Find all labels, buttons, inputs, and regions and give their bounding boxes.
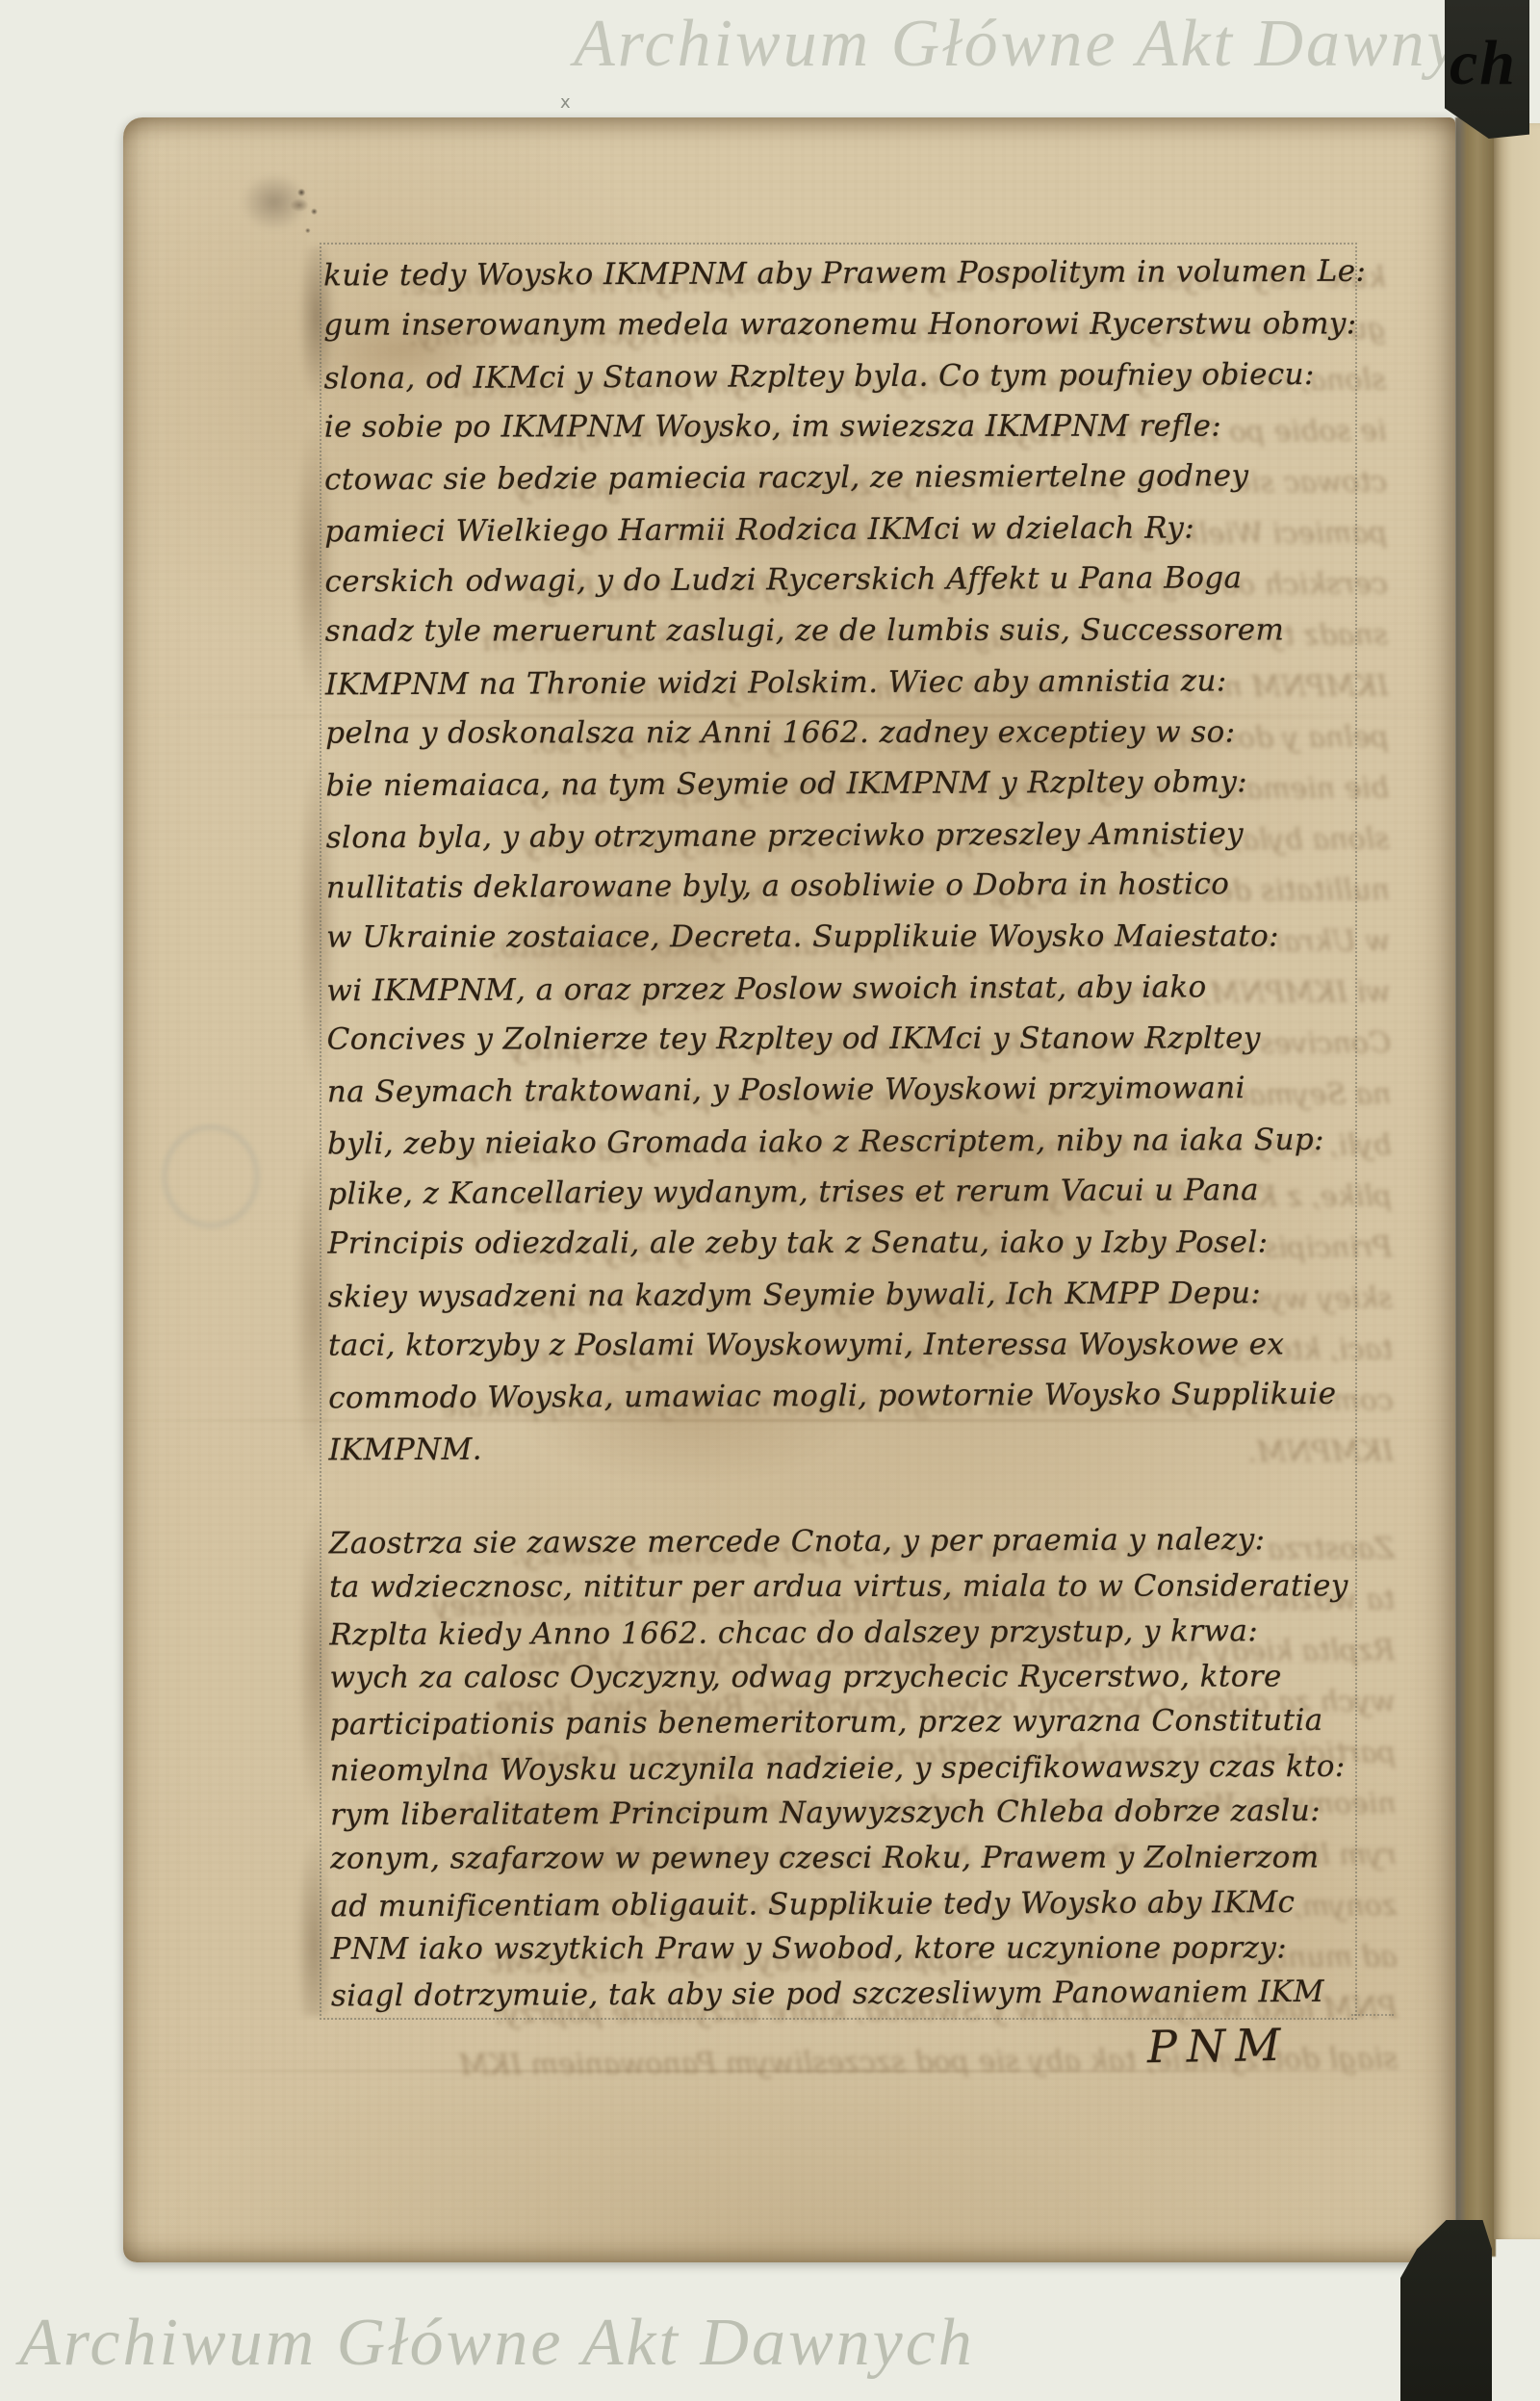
manuscript-line: slona byla, y aby otrzymane przeciwko pr… <box>326 809 1395 865</box>
manuscript-line: nieomylna Woysku uczynila nadzieie, y sp… <box>330 1744 1399 1794</box>
manuscript-line: slona, od IKMci y Stanow Rzpltey byla. C… <box>323 349 1392 405</box>
manuscript-line: gum inserowanym medela wrazonemu Honorow… <box>323 298 1392 350</box>
manuscript-line: pelna y doskonalsza niz Anni 1662. zadne… <box>325 707 1394 759</box>
manuscript-line: wi IKMPNM, a oraz przez Poslow swoich in… <box>326 962 1395 1018</box>
manuscript-line: wych za calosc Oyczyzny, odwag przycheci… <box>329 1654 1398 1700</box>
manuscript-line: cerskich odwagi, y do Ludzi Rycerskich A… <box>324 553 1393 608</box>
manuscript-line: Concives y Zolnierze tey Rzpltey od IKMc… <box>327 1013 1396 1065</box>
archive-scan: Archiwum Główne Akt Dawnych Archiwum Głó… <box>0 0 1540 2401</box>
paragraph-gap <box>329 1471 1398 1522</box>
manuscript-text: kuie tedy Woysko IKMPNM aby Prawem Pospo… <box>323 246 1399 2020</box>
manuscript-line: bie niemaiaca, na tym Seymie od IKMPNM y… <box>325 757 1394 813</box>
manuscript-paragraph-1: kuie tedy Woysko IKMPNM aby Prawem Pospo… <box>323 246 1398 1476</box>
manuscript-line: participationis panis benemeritorum, prz… <box>330 1698 1399 1748</box>
book-gutter-shadow <box>1455 117 1496 2257</box>
manuscript-line: ctowac sie bedzie pamiecia raczyl, ze ni… <box>324 451 1393 506</box>
manuscript-line: siagl dotrzymuie, tak aby sie pod szczes… <box>331 1970 1399 2020</box>
manuscript-line: Principis odiezdzali, ale zeby tak z Sen… <box>327 1217 1396 1269</box>
manuscript-paragraph-2: Zaostrza sie zawsze mercede Cnota, y per… <box>329 1517 1399 2020</box>
manuscript-line: byli, zeby nieiako Gromada iako z Rescri… <box>327 1115 1396 1171</box>
manuscript-line: nullitatis deklarowane byly, a osobliwie… <box>326 859 1395 915</box>
manuscript-line: PNM iako wszytkich Praw y Swobod, ktore … <box>331 1925 1399 1972</box>
manuscript-line: kuie tedy Woysko IKMPNM aby Prawem Pospo… <box>323 246 1392 302</box>
manuscript-line: rym liberalitatem Principum Naywyzszych … <box>330 1789 1399 1839</box>
manuscript-line: IKMPNM. <box>328 1421 1397 1477</box>
manuscript-line: ad munificentiam obligauit. Supplikuie t… <box>330 1880 1399 1930</box>
manuscript-line: IKMPNM na Thronie widzi Polskim. Wiec ab… <box>325 656 1394 711</box>
manuscript-line: plike, z Kancellariey wydanym, trises et… <box>327 1165 1396 1221</box>
next-page-edge <box>1494 123 1540 2239</box>
manuscript-line: Rzplta kiedy Anno 1662. chcac do dalszey… <box>329 1609 1398 1659</box>
manuscript-line: na Seymach traktowani, y Poslowie Woysko… <box>327 1063 1396 1119</box>
manuscript-line: taci, ktorzyby z Poslami Woyskowymi, Int… <box>328 1319 1397 1371</box>
ink-spots <box>289 183 331 246</box>
manuscript-line: ie sobie po IKMPNM Woysko, im swiezsza I… <box>324 400 1393 452</box>
manuscript-line: snadz tyle meruerunt zaslugi, ze de lumb… <box>325 605 1394 657</box>
watermark-tail-on-ribbon: ch <box>1450 27 1517 100</box>
faint-stain-ring <box>162 1124 260 1228</box>
manuscript-line: zonym, szafarzow w pewney czesci Roku, P… <box>330 1835 1399 1881</box>
top-margin-mark: x <box>560 92 571 113</box>
manuscript-line: commodo Woyska, umawiac mogli, powtornie… <box>328 1369 1397 1425</box>
manuscript-line: w Ukrainie zostaiace, Decreta. Supplikui… <box>326 911 1395 963</box>
manuscript-line: ta wdziecznosc, nititur per ardua virtus… <box>329 1563 1398 1610</box>
signature-initials: PNM <box>1147 2019 1291 2074</box>
manuscript-line: Zaostrza sie zawsze mercede Cnota, y per… <box>329 1517 1398 1567</box>
archive-watermark-bottom: Archiwum Główne Akt Dawnych <box>19 2305 975 2382</box>
manuscript-line: skiey wysadzeni na kazdym Seymie bywali,… <box>328 1268 1397 1324</box>
archive-watermark-top: Archiwum Główne Akt Dawnych <box>574 6 1529 83</box>
manuscript-line: pamieci Wielkiego Harmii Rodzica IKMci w… <box>324 503 1393 558</box>
